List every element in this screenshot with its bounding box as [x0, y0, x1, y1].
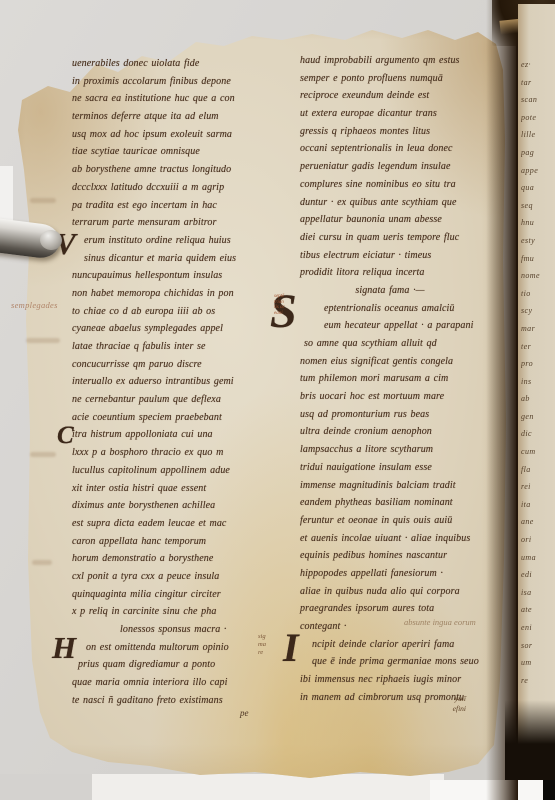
- text-line: acie coeuntium speciem praebebant: [72, 409, 296, 427]
- fragment-line: pro: [521, 355, 555, 373]
- text-line: itra histrum appolloniata cui una: [72, 426, 296, 444]
- fragment-line: fla: [521, 461, 555, 479]
- fragment-line: ori: [521, 531, 555, 549]
- text-line: lucullus capitolinum appollinem adue: [72, 462, 296, 480]
- text-line: complures sine nominibus eo situ tra: [300, 176, 506, 194]
- text-line: in manem ad cimbrorum usq promontu: [300, 689, 506, 707]
- text-line: et auenis incolae uiuant · aliae inquibu…: [300, 530, 506, 548]
- text-line: quinquaginta milia cingitur circiter: [72, 586, 296, 604]
- ink-bleed-mark: [32, 560, 52, 565]
- text-line: erum instituto ordine reliqua huius: [72, 232, 296, 250]
- bottom-band-gray: [0, 774, 92, 800]
- fragment-line: ab: [521, 390, 555, 408]
- fragment-line: ate: [521, 601, 555, 619]
- initial-N: H: [52, 630, 76, 666]
- text-line: bris uocari hoc est mortuum mare: [300, 388, 506, 406]
- text-line: terrarum parte mensuram arbitror: [72, 214, 296, 232]
- fragment-line: scy: [521, 302, 555, 320]
- text-line: pa tradita est ego incertam in hac: [72, 197, 296, 215]
- text-line: quae maria omnia interiora illo capi: [72, 674, 296, 692]
- text-line: usq mox ad hoc ipsum exoleuit sarma: [72, 126, 296, 144]
- fragment-line: appe: [521, 162, 555, 180]
- fragment-line: gen: [521, 408, 555, 426]
- text-line: lampsacchus a litore scytharum: [300, 441, 506, 459]
- text-line: eandem phytheas basiliam nominant: [300, 494, 506, 512]
- text-line: aliae in quibus nuda alio qui corpora: [300, 583, 506, 601]
- text-line: sinus dicantur et maria quidem eius: [72, 250, 296, 268]
- text-line: ut extera europae dicantur trans: [300, 105, 506, 123]
- text-line: uenerabiles donec uiolata fide: [72, 55, 296, 73]
- text-line: semper e ponto profluens numquā: [300, 70, 506, 88]
- text-line: te nasci ñ gaditano freto existimans: [72, 692, 296, 710]
- text-line: dccclxxx latitudo dccxuiii a m agrip: [72, 179, 296, 197]
- fragment-line: hnu: [521, 214, 555, 232]
- gutter-shadow: [486, 0, 518, 800]
- fragment-line: tar: [521, 74, 555, 92]
- text-line: diximus ante borysthenen achillea: [72, 497, 296, 515]
- text-line: non habet memoropa chichidas in pon: [72, 285, 296, 303]
- catchmark-line: yuiī: [430, 694, 466, 704]
- text-line: ne sacra ea institutione huc que a con: [72, 90, 296, 108]
- ink-bleed-mark: [30, 198, 56, 203]
- fragment-line: ter: [521, 338, 555, 356]
- text-line: eptentrionalis oceanus amalciū: [300, 300, 506, 318]
- text-line: interuallo ex aduerso intrantibus gemi: [72, 373, 296, 391]
- text-column-left: uenerabiles donec uiolata fidein proximi…: [72, 55, 296, 709]
- fragment-line: pote: [521, 109, 555, 127]
- ink-bleed-mark: [30, 452, 56, 457]
- text-line: prodidit litora reliqua incerta: [300, 264, 506, 282]
- text-line: eum hecateur appellat · a parapani: [300, 317, 506, 335]
- text-line: concucurrisse qm paruo discre: [72, 356, 296, 374]
- text-line: ab borysthene amne tractus longitudo: [72, 161, 296, 179]
- text-line: ibi immensus nec riphaeis iugis minor: [300, 671, 506, 689]
- fragment-line: ane: [521, 513, 555, 531]
- text-line: feruntur et oeonae in quis ouis auiū: [300, 512, 506, 530]
- text-line: tridui nauigatione insulam esse: [300, 459, 506, 477]
- rubric-line: eani: [274, 311, 300, 317]
- manuscript-photo: uenerabiles donec uiolata fidein proximi…: [0, 0, 555, 800]
- fragment-line: um: [521, 654, 555, 672]
- text-line: ncipit deinde clarior aperiri fama: [300, 636, 506, 654]
- text-line: xit inter ostia histri quae essent: [72, 480, 296, 498]
- text-line: to chiae co d ab europa iiii ab os: [72, 303, 296, 321]
- text-line: lxxx p a bosphoro thracio ex quo m: [72, 444, 296, 462]
- fragment-line: mar: [521, 320, 555, 338]
- text-column-right: haud improbabili argumento qm estussempe…: [300, 52, 506, 706]
- text-line: occani septentrionalis in leua donec: [300, 140, 506, 158]
- catchmarks-right: yuiīefini: [430, 694, 466, 714]
- fragment-line: nome: [521, 267, 555, 285]
- text-line: appellatur baunonia unam abesse: [300, 211, 506, 229]
- text-line: perueniatur gadis legendum insulae: [300, 158, 506, 176]
- text-line: praegrandes ipsorum aures tota: [300, 600, 506, 618]
- marginal-gloss-symplegades: semplegades: [11, 300, 58, 310]
- text-line: est supra dicta eadem leucae et mac: [72, 515, 296, 533]
- fragment-line: seq: [521, 197, 555, 215]
- gloss-line: re: [258, 649, 266, 657]
- next-page-text-fragments: ez·tarscanpotelillepagappequaseqhnuestyf…: [521, 56, 555, 689]
- text-line: signata fama ·—: [300, 282, 506, 300]
- catchmark-line: efini: [430, 704, 466, 714]
- fragment-line: qua: [521, 179, 555, 197]
- text-line: ne cernebantur paulum que deflexa: [72, 391, 296, 409]
- fragment-line: fmu: [521, 250, 555, 268]
- text-line: terminos deferre atque ita ad elum: [72, 108, 296, 126]
- text-line: que ē inde prima germaniae mons seuo: [300, 653, 506, 671]
- text-line: immense magnitudinis balciam tradit: [300, 477, 506, 495]
- text-line: haud improbabili argumento qm estus: [300, 52, 506, 70]
- ink-bleed-mark: [26, 338, 60, 343]
- bottom-label-strip: [92, 774, 444, 800]
- text-line: cyaneae abaelus symplegades appel: [72, 320, 296, 338]
- text-line: hippopodes appellati fanesiorum ·: [300, 565, 506, 583]
- text-line: duntur · ex quibus ante scythiam que: [300, 194, 506, 212]
- text-line: tibus electrum eiciatur · timeus: [300, 247, 506, 265]
- text-line: so amne qua scythiam alluit qd: [300, 335, 506, 353]
- catchword-left: pe: [240, 708, 249, 718]
- fragment-line: rei: [521, 478, 555, 496]
- text-line: reciproce exeundum deinde est: [300, 87, 506, 105]
- text-line: ultra deinde cronium aenophon: [300, 423, 506, 441]
- initial-I: I: [283, 628, 299, 668]
- text-line: nuncupauimus hellespontum insulas: [72, 267, 296, 285]
- text-line: nomen eius significat gentis congela: [300, 353, 506, 371]
- text-line: prius quam digrediamur a ponto: [72, 656, 296, 674]
- fragment-line: scan: [521, 91, 555, 109]
- text-line: usq ad promonturium rus beas: [300, 406, 506, 424]
- marginal-gloss-sigma: sigmare: [258, 633, 266, 657]
- fragment-line: eni: [521, 619, 555, 637]
- text-line: horum demonstratio a borysthene: [72, 550, 296, 568]
- fragment-line: dic: [521, 425, 555, 443]
- fragment-line: lille: [521, 126, 555, 144]
- text-line: caron appellata hanc temporum: [72, 533, 296, 551]
- text-line: tum philemon mori marusam a cim: [300, 370, 506, 388]
- fragment-line: esty: [521, 232, 555, 250]
- text-line: x p reliq in carcinite sinu che pha: [72, 603, 296, 621]
- text-line: gressis q riphaeos montes litus: [300, 123, 506, 141]
- fragment-line: cum: [521, 443, 555, 461]
- text-line: diei cursu in quam ueris tempore fluc: [300, 229, 506, 247]
- interlinear-note: absunte ingua eorum: [404, 617, 476, 627]
- fragment-line: tio: [521, 285, 555, 303]
- initial-C: C: [57, 422, 74, 450]
- text-line: cxl ponit a tyra cxx a peuce insula: [72, 568, 296, 586]
- text-line: in proximis accolarum finibus depone: [72, 73, 296, 91]
- fragment-line: pag: [521, 144, 555, 162]
- red-rubric-gloss: septētrionlis oceani: [274, 294, 300, 316]
- fragment-line: ita: [521, 496, 555, 514]
- text-line: latae thraciae q fabulis inter se: [72, 338, 296, 356]
- fragment-line: uma: [521, 549, 555, 567]
- fragment-line: re: [521, 672, 555, 690]
- fragment-line: edi: [521, 566, 555, 584]
- fragment-line: isa: [521, 584, 555, 602]
- fragment-line: sor: [521, 637, 555, 655]
- gloss-line: ma: [258, 641, 266, 649]
- fragment-line: ez·: [521, 56, 555, 74]
- fragment-line: ins: [521, 373, 555, 391]
- text-line: equinis pedibus homines nascantur: [300, 547, 506, 565]
- gutter-bottom-dark: [505, 700, 555, 780]
- text-line: tiae scytiae tauricae omnisque: [72, 143, 296, 161]
- gloss-line: sig: [258, 633, 266, 641]
